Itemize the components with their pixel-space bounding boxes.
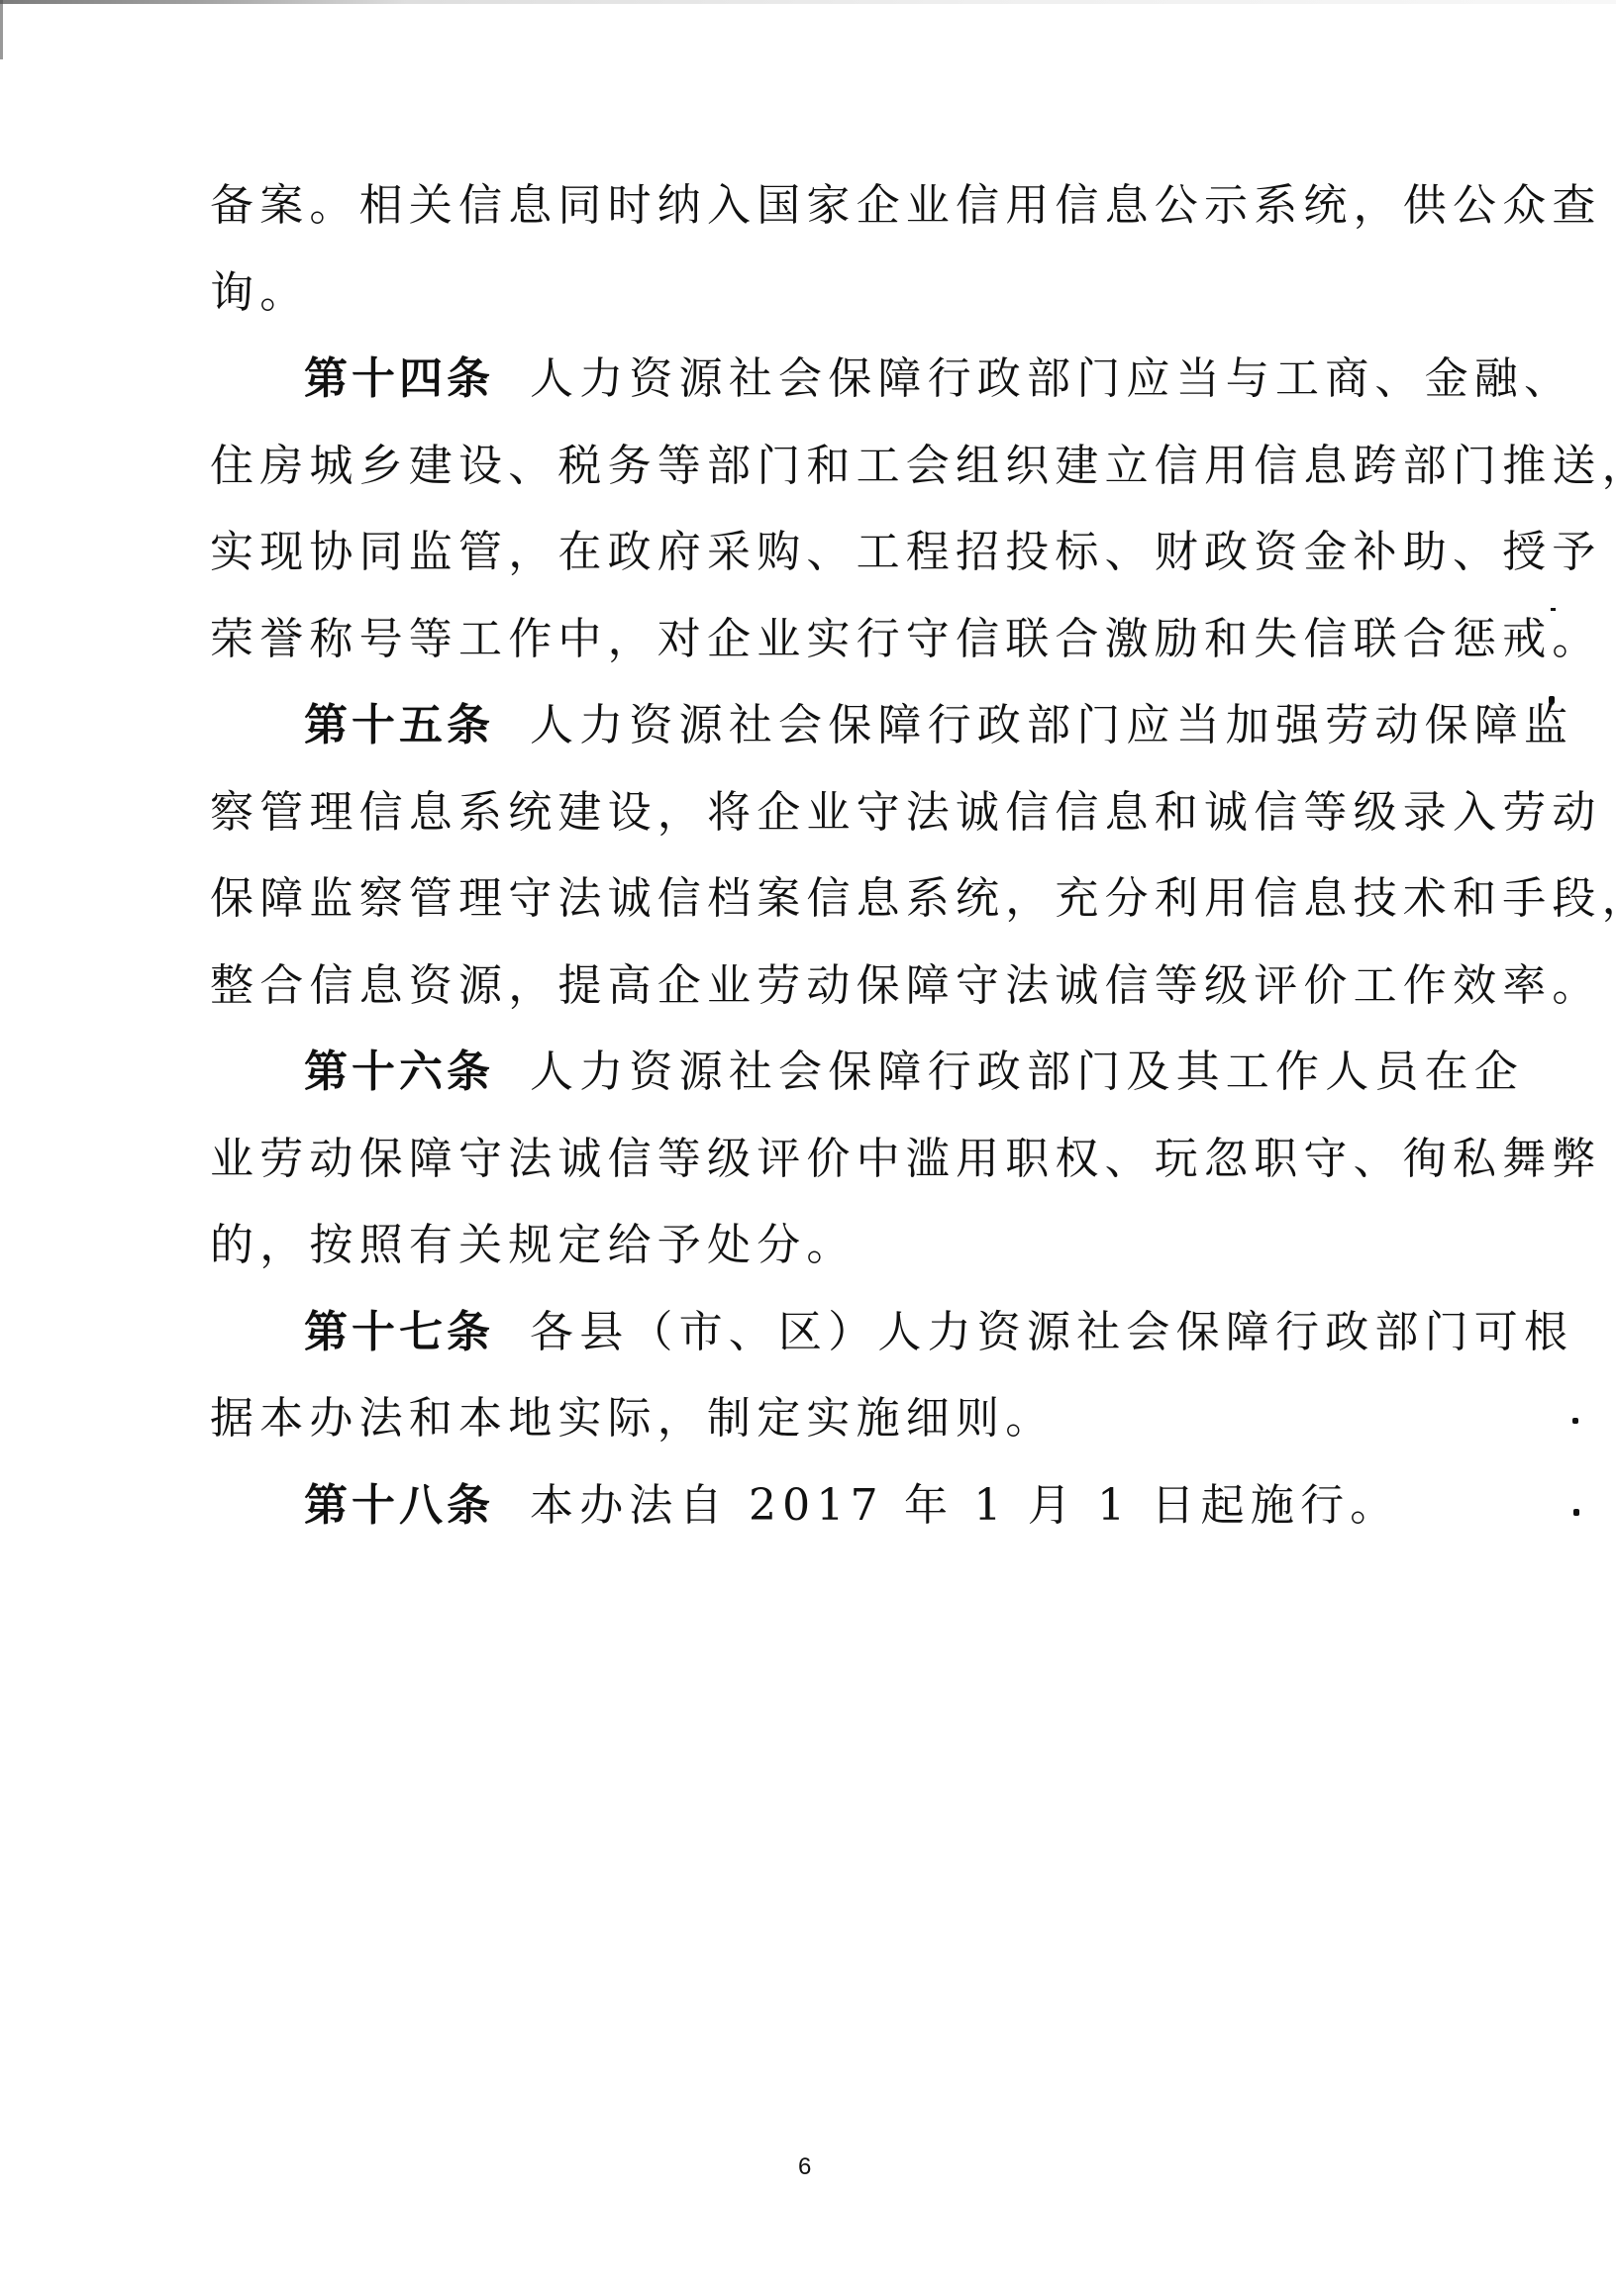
article-16-first-line: 第十六条人力资源社会保障行政部门及其工作人员在企 <box>210 1043 1438 1130</box>
scan-speck <box>1573 1509 1579 1516</box>
text-line: 保障监察管理守法诚信档案信息系统，充分利用信息技术和手段， <box>210 869 1438 956</box>
article-text: 本办法自 2017 年 1 月 1 日起施行。 <box>530 1480 1399 1531</box>
text-line: 住房城乡建设、税务等部门和工会组织建立信用信息跨部门推送， <box>210 437 1438 524</box>
text-line: 据本办法和本地实际，制定实施细则。 <box>210 1389 1438 1476</box>
scan-speck <box>1572 1418 1578 1424</box>
document-body: 备案。相关信息同时纳入国家企业信用信息公示系统，供公众查 询。 第十四条人力资源… <box>210 176 1438 1562</box>
document-page: 备案。相关信息同时纳入国家企业信用信息公示系统，供公众查 询。 第十四条人力资源… <box>0 0 1616 2296</box>
article-14-first-line: 第十四条人力资源社会保障行政部门应当与工商、金融、 <box>210 349 1438 437</box>
text-line: 荣誉称号等工作中，对企业实行守信联合激励和失信联合惩戒。 <box>210 610 1438 697</box>
scan-top-edge <box>0 0 1616 4</box>
text-line: 业劳动保障守法诚信等级评价中滥用职权、玩忽职守、徇私舞弊 <box>210 1130 1438 1217</box>
article-17-first-line: 第十七条各县（市、区）人力资源社会保障行政部门可根 <box>210 1303 1438 1390</box>
page-number: 6 <box>798 2153 811 2181</box>
article-number: 第十八条 <box>304 1480 494 1531</box>
article-number: 第十七条 <box>304 1307 494 1357</box>
text-line: 备案。相关信息同时纳入国家企业信用信息公示系统，供公众查 <box>210 176 1438 263</box>
text-line: 察管理信息系统建设，将企业守法诚信信息和诚信等级录入劳动 <box>210 783 1438 870</box>
article-text: 人力资源社会保障行政部门应当与工商、金融、 <box>530 353 1573 404</box>
scan-speck <box>1549 696 1555 704</box>
text-line: 实现协同监管，在政府采购、工程招投标、财政资金补助、授予 <box>210 523 1438 610</box>
article-number: 第十六条 <box>304 1047 494 1097</box>
scan-left-edge <box>0 0 3 59</box>
article-number: 第十四条 <box>304 353 494 404</box>
article-text: 各县（市、区）人力资源社会保障行政部门可根 <box>530 1307 1573 1357</box>
article-text: 人力资源社会保障行政部门及其工作人员在企 <box>530 1047 1524 1097</box>
text-line: 询。 <box>210 263 1438 350</box>
scan-speck <box>1551 608 1556 611</box>
article-15-first-line: 第十五条人力资源社会保障行政部门应当加强劳动保障监 <box>210 696 1438 783</box>
article-text: 人力资源社会保障行政部门应当加强劳动保障监 <box>530 700 1573 750</box>
article-18-first-line: 第十八条本办法自 2017 年 1 月 1 日起施行。 <box>210 1476 1438 1563</box>
text-line: 整合信息资源，提高企业劳动保障守法诚信等级评价工作效率。 <box>210 956 1438 1044</box>
text-line: 的，按照有关规定给予处分。 <box>210 1216 1438 1303</box>
article-number: 第十五条 <box>304 700 494 750</box>
